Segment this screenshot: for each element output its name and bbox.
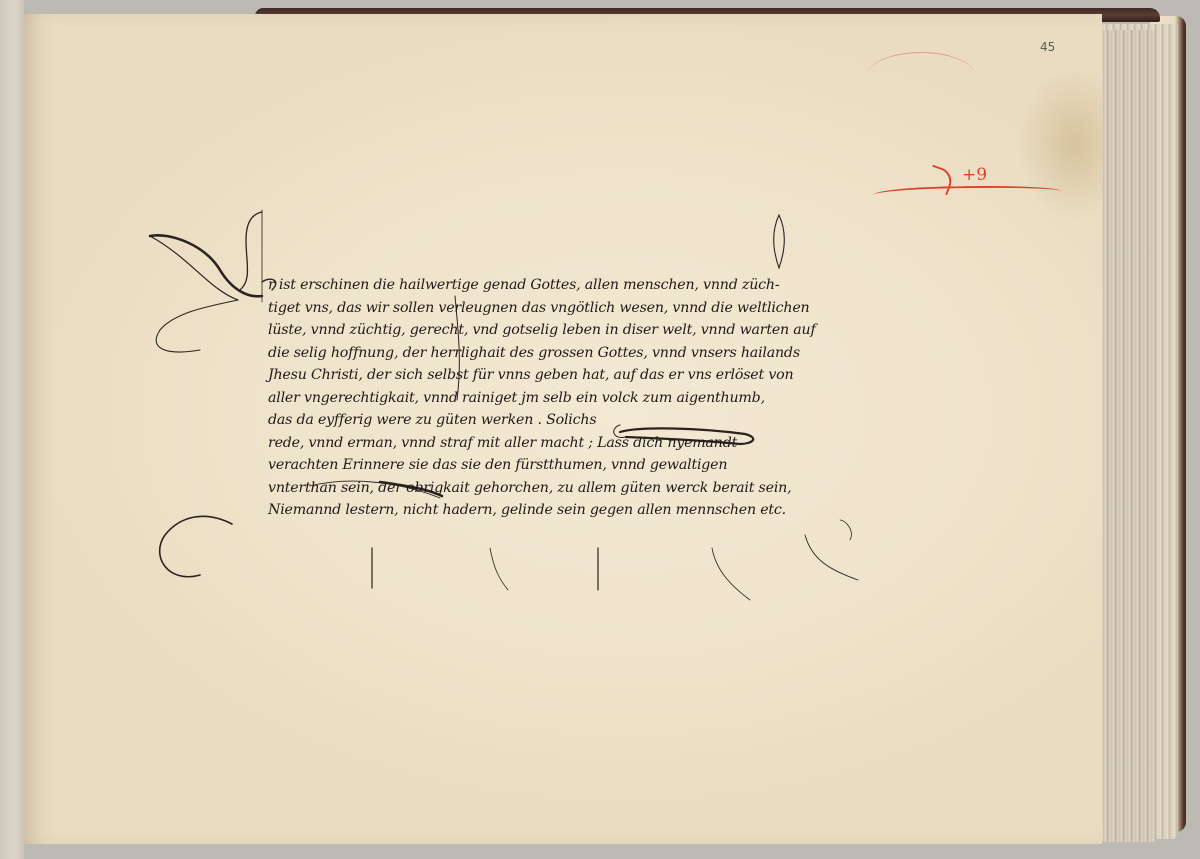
text-line-1: r ist erschinen die hailwertige genad Go…	[268, 274, 868, 297]
text-line-2: tiget vns, das wir sollen verleugnen das…	[268, 297, 868, 320]
book-photograph: 45 +9	[0, 0, 1200, 859]
text-line-9: verachten Erinnere sie das sie den fürst…	[268, 454, 868, 477]
manuscript-text-block: r ist erschinen die hailwertige genad Go…	[268, 274, 868, 522]
text-line-6: aller vngerechtigkait, vnnd rainiget jm …	[268, 387, 868, 410]
text-line-3: lüste, vnnd züchtig, gerecht, vnd gotsel…	[268, 319, 868, 342]
text-line-11: Niemannd lestern, nicht hadern, gelinde …	[268, 499, 868, 522]
text-line-4: die selig hoffnung, der herrlighait des …	[268, 342, 868, 365]
text-line-5: Jhesu Christi, der sich selbst für vnns …	[268, 364, 868, 387]
text-line-8: rede, vnnd erman, vnnd straf mit aller m…	[268, 432, 868, 455]
text-line-7: das da eyfferig were zu güten werken . S…	[268, 409, 868, 432]
text-line-10: vnterthan sein, der obrigkait gehorchen,…	[268, 477, 868, 500]
